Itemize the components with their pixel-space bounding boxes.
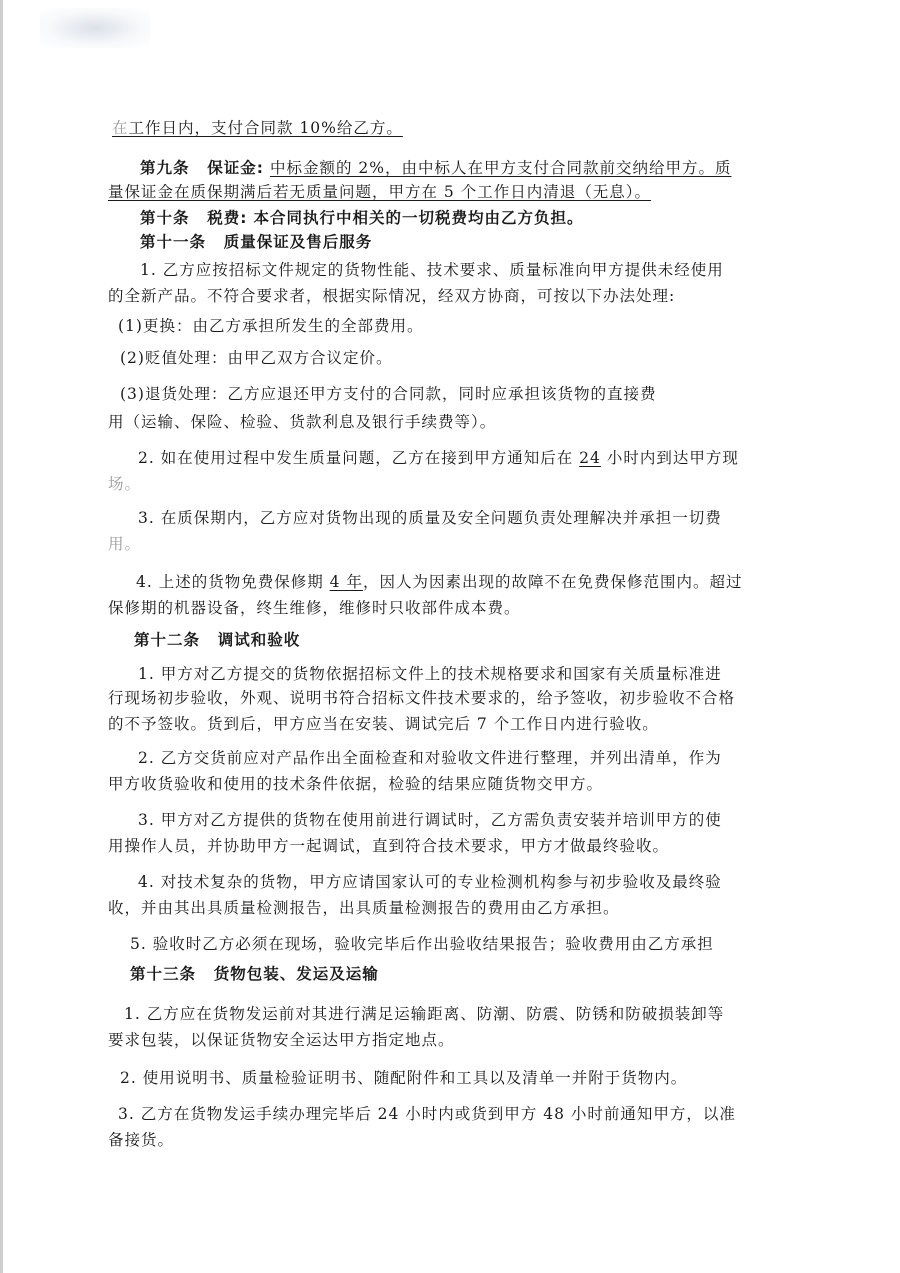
- article-label: 第九条: [140, 159, 190, 177]
- article-13-heading: 第十三条 货物包装、发运及运输: [130, 964, 379, 984]
- article-12-heading: 第十二条 调试和验收: [134, 630, 300, 650]
- article-9: 第九条 保证金: 中标金额的 2%，由中标人在甲方支付合同款前交纳给甲方。质: [140, 158, 731, 178]
- a12-p4-cont: 收，并由其出具质量检测报告，出具质量检测报告的费用由乙方承担。: [108, 898, 620, 918]
- a12-p3: 3. 甲方对乙方提供的货物在使用前进行调试时，乙方需负责安装并培训甲方的使: [138, 810, 722, 830]
- a12-p4: 4. 对技术复杂的货物，甲方应请国家认可的专业检测机构参与初步验收及最终验: [138, 872, 722, 892]
- a13-p1-cont: 要求包装，以保证货物安全运达甲方指定地点。: [108, 1030, 455, 1050]
- a11-p1-cont: 的全新产品。不符合要求者，根据实际情况，经双方协商，可按以下办法处理:: [108, 286, 675, 306]
- a11-p4: 4. 上述的货物免费保修期 4 年，因人为因素出现的故障不在免费保修范围内。超过: [136, 572, 742, 592]
- a11-opt3: (3)退货处理：乙方应退还甲方支付的合同款，同时应承担该货物的直接费: [120, 384, 656, 404]
- article-title: 保证金:: [207, 159, 264, 177]
- a12-p1-cont1: 行现场初步验收，外观、说明书符合招标文件技术要求的，给予签收，初步验收不合格: [108, 688, 735, 708]
- a12-p2-cont: 甲方收货验收和使用的技术条件依据，检验的结果应随货物交甲方。: [108, 774, 603, 794]
- a11-p3: 3. 在质保期内，乙方应对货物出现的质量及安全问题负责处理解决并承担一切费: [138, 508, 722, 528]
- a13-p3-cont: 备接货。: [108, 1130, 174, 1150]
- scan-edge: [0, 0, 3, 1273]
- a13-p1: 1. 乙方应在货物发运前对其进行满足运输距离、防潮、防震、防锈和防破损装卸等: [124, 1004, 724, 1024]
- a12-p3-cont: 用操作人员，并协助甲方一起调试，直到符合技术要求，甲方才做最终验收。: [108, 836, 669, 856]
- a13-p2: 2. 使用说明书、质量检验证明书、随配附件和工具以及清单一并附于货物内。: [120, 1068, 687, 1088]
- a11-p3-cont: 用。: [108, 534, 141, 554]
- a11-opt2: (2)贬值处理：由甲乙双方合议定价。: [120, 348, 392, 368]
- line-payment-tail: 在工作日内，支付合同款 10%给乙方。: [112, 118, 403, 138]
- article-11-heading: 第十一条 质量保证及售后服务: [140, 232, 372, 252]
- a11-p4-cont: 保修期的机器设备，终生维修，维修时只收部件成本费。: [108, 598, 521, 618]
- a11-opt3-cont: 用（运输、保险、检验、货款利息及银行手续费等）。: [108, 412, 496, 432]
- a12-p2: 2. 乙方交货前应对产品作出全面检查和对验收文件进行整理，并列出清单，作为: [138, 748, 722, 768]
- a11-opt1: (1)更换：由乙方承担所发生的全部费用。: [118, 316, 423, 336]
- a11-p2: 2. 如在使用过程中发生质量问题，乙方在接到甲方通知后在 24 小时内到达甲方现: [138, 448, 739, 468]
- a12-p1-cont2: 的不予签收。货到后，甲方应当在安装、调试完后 7 个工作日内进行验收。: [108, 714, 659, 734]
- a12-p5: 5. 验收时乙方必须在现场，验收完毕后作出验收结果报告；验收费用由乙方承担: [130, 934, 714, 954]
- a11-p1: 1. 乙方应按招标文件规定的货物性能、技术要求、质量标准向甲方提供未经使用: [140, 260, 724, 280]
- scan-smudge: [40, 8, 150, 48]
- article-10: 第十条 税费: 本合同执行中相关的一切税费均由乙方负担。: [140, 208, 583, 228]
- a12-p1: 1. 甲方对乙方提交的货物依据招标文件上的技术规格要求和国家有关质量标准进: [138, 664, 722, 684]
- a11-p2-cont: 场。: [108, 474, 141, 494]
- a13-p3: 3. 乙方在货物发运手续办理完毕后 24 小时内或货到甲方 48 小时前通知甲方…: [118, 1104, 736, 1124]
- article-9-cont: 量保证金在质保期满后若无质量问题，甲方在 5 个工作日内清退（无息）。: [108, 182, 651, 202]
